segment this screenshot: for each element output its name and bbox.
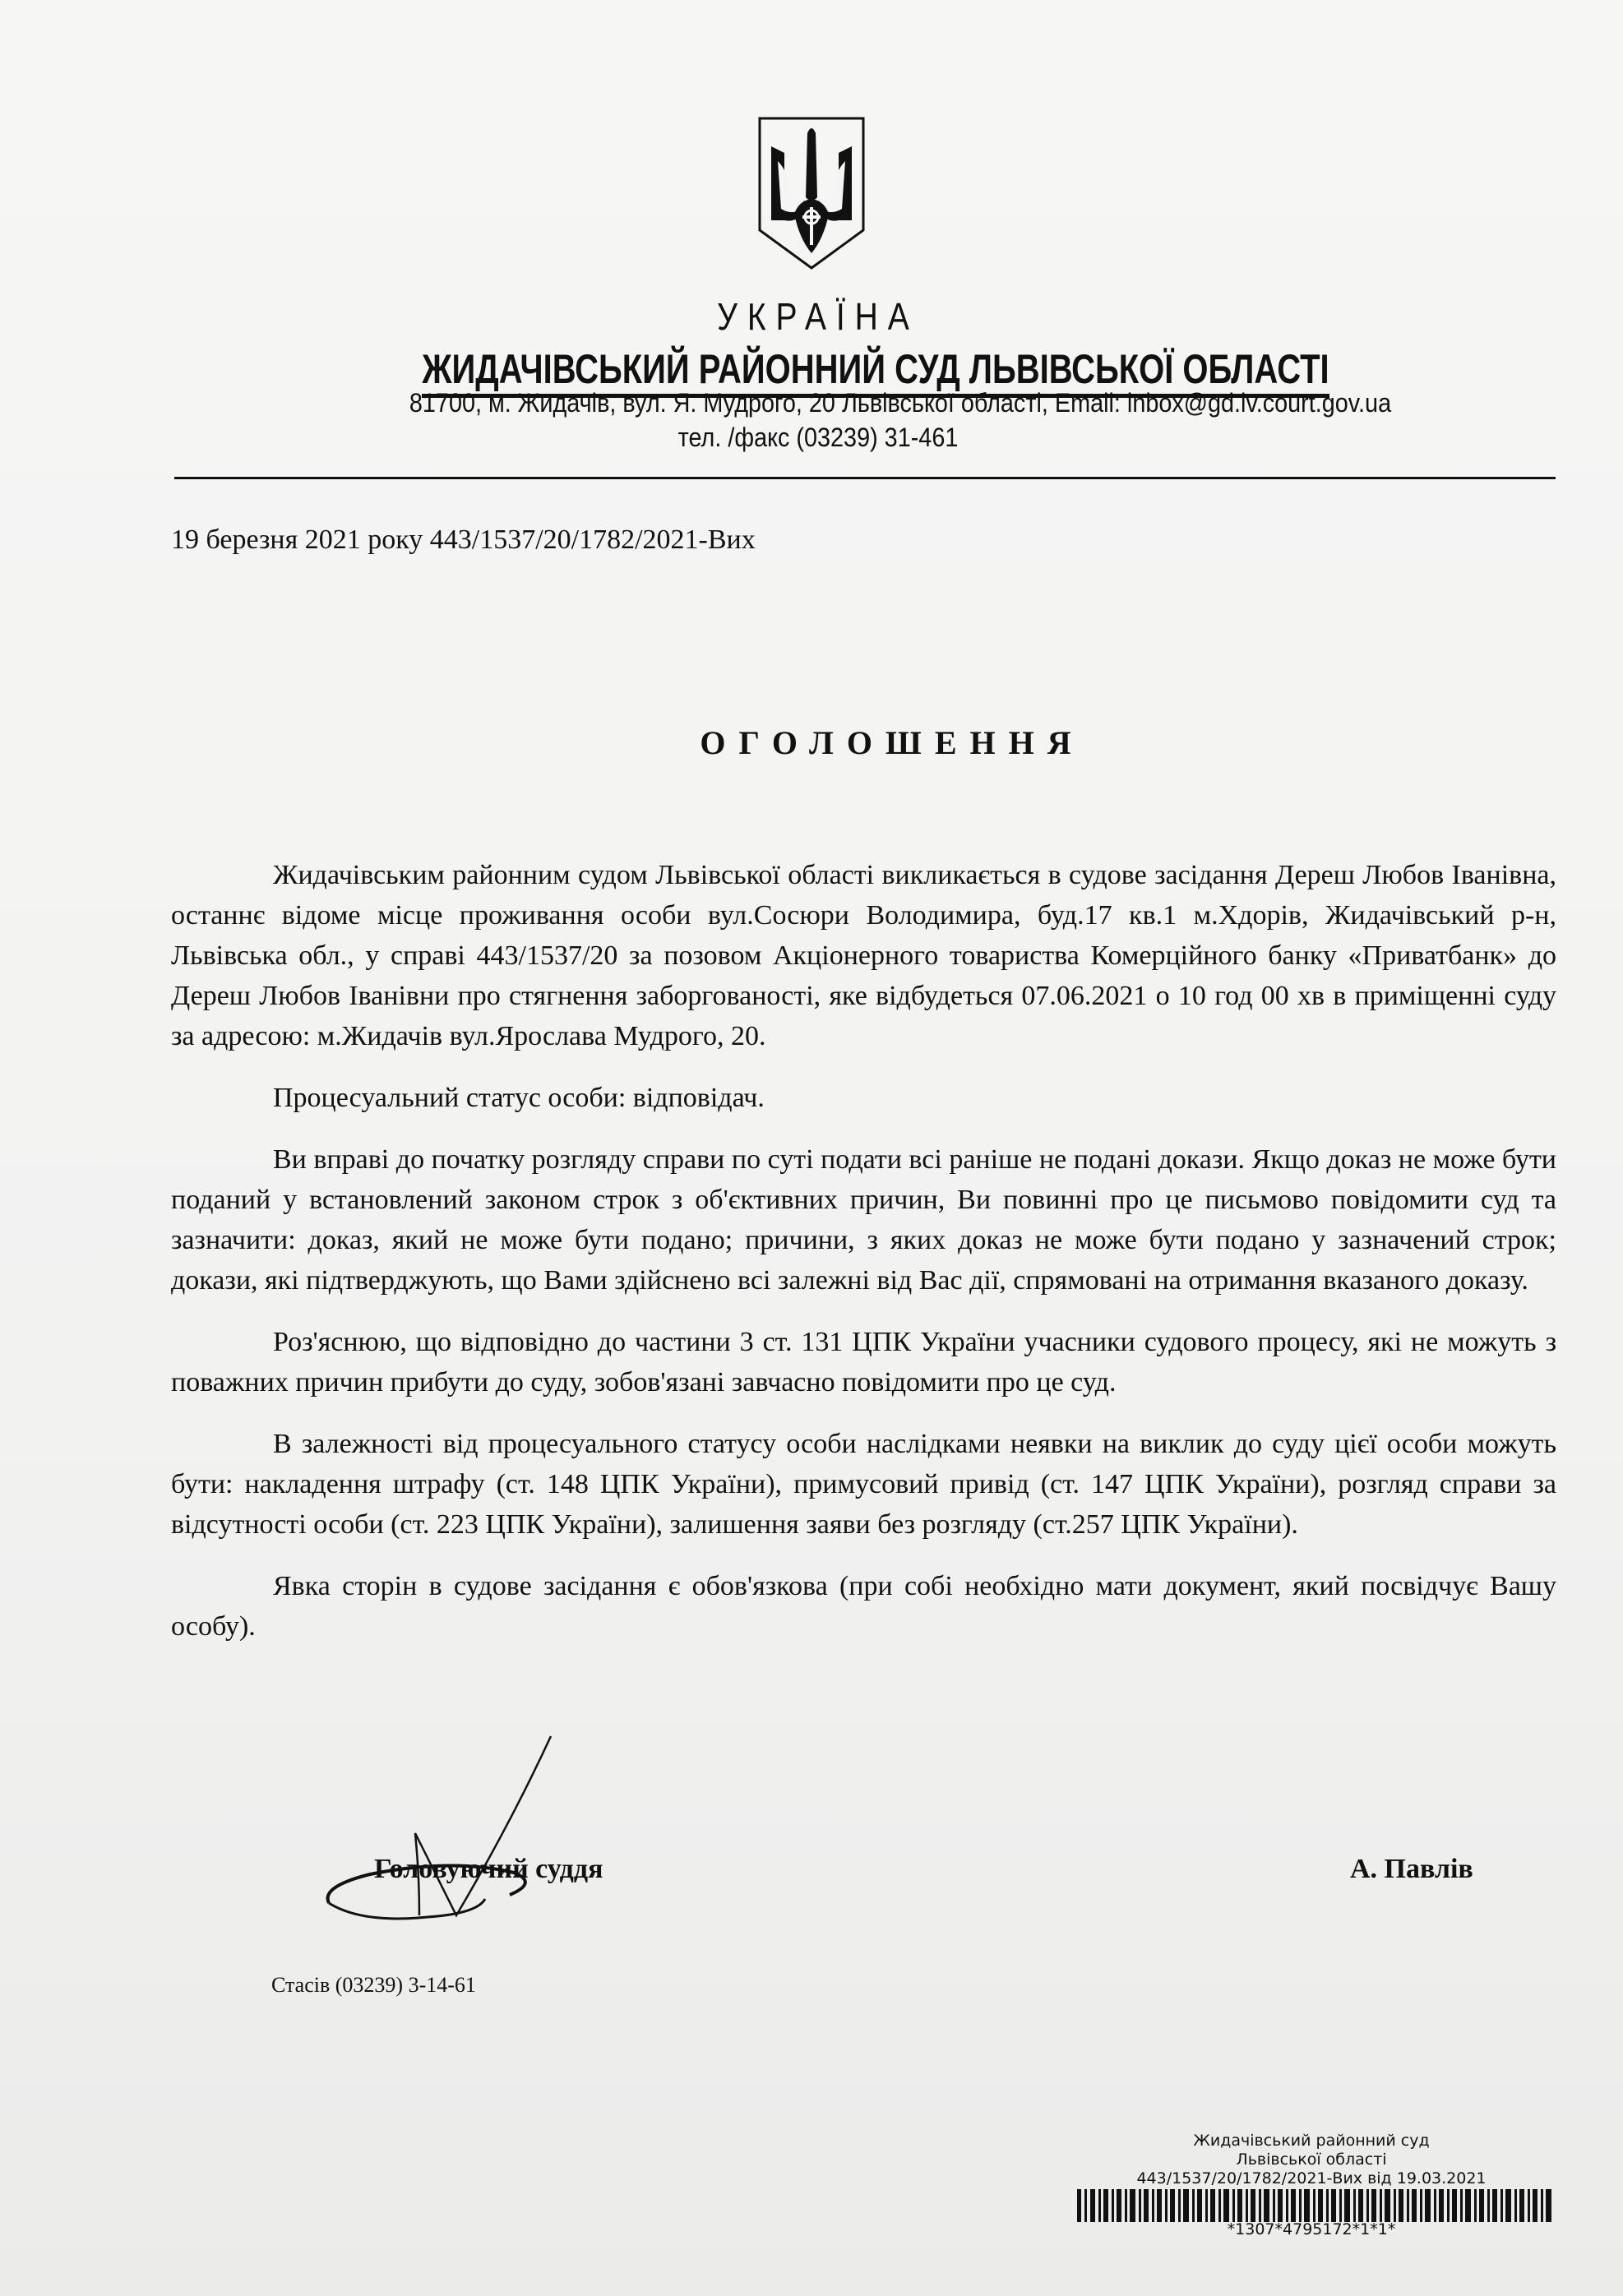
coat-of-arms-icon [756, 115, 867, 271]
stamp-region: Львівської області [1077, 2150, 1546, 2169]
header-divider [174, 477, 1556, 479]
paragraph-summons: Жидачівським районним судом Львівської о… [171, 855, 1556, 1056]
document-page: УКРАЇНА ЖИДАЧІВСЬКИЙ РАЙОННИЙ СУД ЛЬВІВС… [0, 0, 1623, 2296]
court-phone: тел. /факс (03239) 31-461 [82, 423, 1555, 453]
paragraph-status: Процесуальний статус особи: відповідач. [171, 1078, 1556, 1118]
paragraph-evidence: Ви вправі до початку розгляду справи по … [171, 1139, 1556, 1300]
stamp-court-name: Жидачівський районний суд [1077, 2132, 1546, 2150]
barcode-icon [1077, 2189, 1554, 2222]
paragraph-explanation: Роз'яснюю, що відповідно до частини 3 ст… [171, 1322, 1556, 1402]
court-address: 81700, м. Жидачів, вул. Я. Мудрого, 20 Л… [90, 388, 1623, 418]
stamp-reference: 443/1537/20/1782/2021-Вих від 19.03.2021 [1077, 2169, 1546, 2188]
country-heading: УКРАЇНА [128, 294, 1508, 339]
court-name-heading: ЖИДАЧІВСЬКИЙ РАЙОННИЙ СУД ЛЬВІВСЬКОЇ ОБЛ… [175, 345, 1576, 393]
date-reference-line: 19 березня 2021 року 443/1537/20/1782/20… [171, 524, 756, 556]
barcode-number: *1307*4795172*1*1* [1077, 2220, 1546, 2239]
document-body: Жидачівським районним судом Львівської о… [171, 855, 1556, 1668]
judge-name: А. Павлів [1350, 1854, 1473, 1885]
document-title: ОГОЛОШЕННЯ [0, 723, 1623, 762]
paragraph-attendance: Явка сторін в судове засідання є обов'яз… [171, 1566, 1556, 1647]
executor-contact: Стасів (03239) 3-14-61 [271, 1973, 476, 1998]
registration-stamp: Жидачівський районний суд Львівської обл… [1077, 2132, 1546, 2239]
handwritten-signature-icon [312, 1726, 576, 1924]
paragraph-consequences: В залежності від процесуального статусу … [171, 1424, 1556, 1545]
